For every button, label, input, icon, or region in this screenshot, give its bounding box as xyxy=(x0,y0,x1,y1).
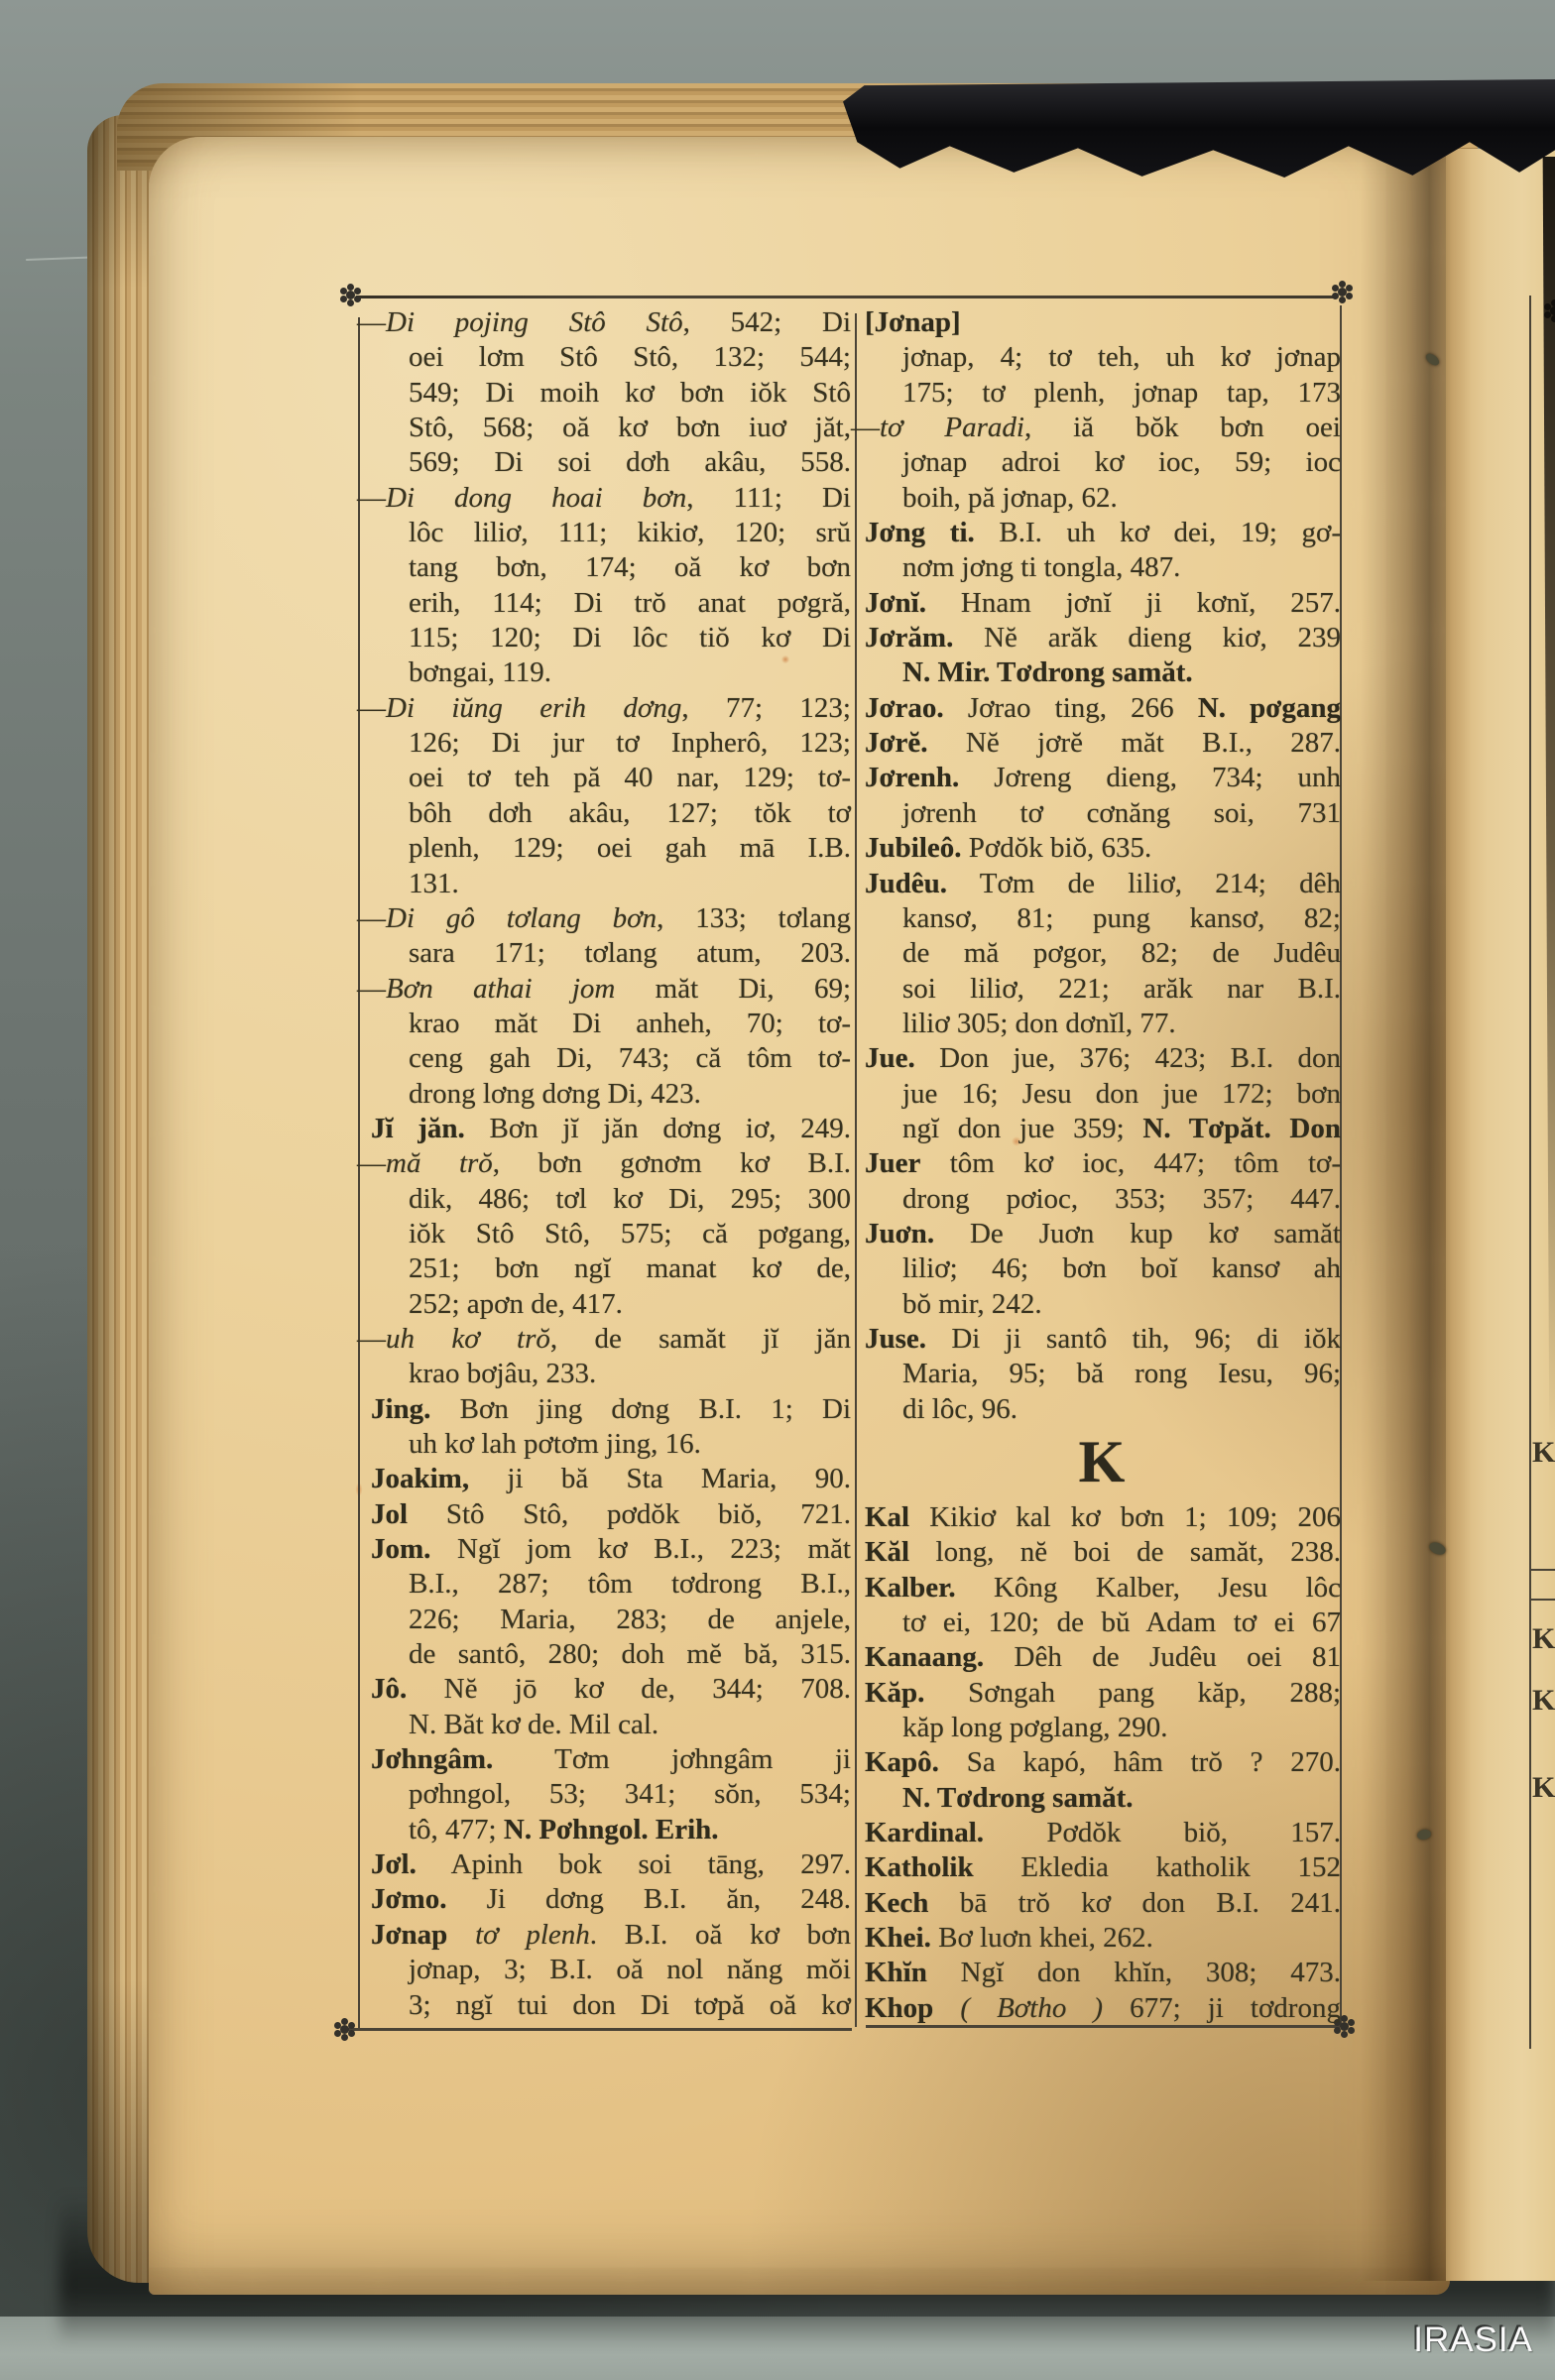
index-column-right: [Jơnap]jơnap, 4; tơ teh, uh kơ jơnap175;… xyxy=(865,305,1341,2026)
text-line: de santô, 280; doh mĕ bă, 315. xyxy=(371,1637,851,1672)
flower-ornament-icon xyxy=(1329,279,1355,304)
next-page-rule-stub xyxy=(1529,1569,1555,1571)
text-line: boih, pă jơnap, 62. xyxy=(865,481,1341,516)
text-line: N. Mir. Tơdrong samăt. xyxy=(865,655,1341,690)
text-line: jơnap, 3; B.I. oă nol năng mŏi xyxy=(371,1953,851,1987)
text-line: uh kơ lah pơtơm jing, 16. xyxy=(371,1427,851,1462)
text-line: 126; Di jur tơ Inpherô, 123; xyxy=(371,726,851,761)
text-line: Jơmo. Ji dơng B.I. ăn, 248. xyxy=(371,1882,851,1917)
text-line: Jơnap tơ plenh. B.I. oă kơ bơn xyxy=(371,1918,851,1953)
text-line: ceng gah Di, 743; că tôm tơ- xyxy=(371,1041,851,1076)
text-line: Jing. Bơn jing dơng B.I. 1; Di xyxy=(371,1392,851,1427)
text-line: krao măt Di anheh, 70; tơ- xyxy=(371,1007,851,1041)
text-line: erih, 114; Di trŏ anat pơgră, xyxy=(371,586,851,621)
text-line: Kăl long, nĕ boi de samăt, 238. xyxy=(865,1535,1341,1570)
text-line: Jơng ti. B.I. uh kơ dei, 19; gơ- xyxy=(865,516,1341,550)
page-edge-letter: Kl xyxy=(1532,1771,1555,1805)
text-line: jơnap, 4; tơ teh, uh kơ jơnap xyxy=(865,340,1341,375)
page-edge-letter: K xyxy=(1532,1436,1555,1470)
text-line: Katholik Ekledia katholik 152 xyxy=(865,1850,1341,1885)
text-line: Jơrăm. Nĕ arăk dieng kiơ, 239 xyxy=(865,621,1341,655)
page-edge-letter: Kl xyxy=(1532,1684,1555,1718)
flower-ornament-icon xyxy=(337,282,363,307)
text-line: Jơrenh. Jơreng dieng, 734; unh xyxy=(865,761,1341,795)
text-line: bŏ mir, 242. xyxy=(865,1287,1341,1322)
text-line: pơhngol, 53; 341; sŏn, 534; xyxy=(371,1777,851,1812)
page-edge-letter: K xyxy=(1532,1622,1555,1656)
text-line: ngĭ don jue 359; N. Tơpăt. Don xyxy=(865,1112,1341,1146)
text-line: Jô. Nĕ jō kơ de, 344; 708. xyxy=(371,1672,851,1707)
text-line: dik, 486; tơl kơ Di, 295; 300 xyxy=(371,1182,851,1217)
frame-rule-top xyxy=(356,296,1338,298)
text-line: Juơn. De Juơn kup kơ samăt xyxy=(865,1217,1341,1251)
text-line: plenh, 129; oei gah mā I.B. xyxy=(371,831,851,866)
text-line: tô, 477; N. Pơhngol. Erih. xyxy=(371,1813,851,1847)
text-line: bôh dơh akâu, 127; tŏk tơ xyxy=(371,796,851,831)
text-line: [Jơnap] xyxy=(865,305,1341,340)
text-line: Kech bā trŏ kơ don B.I. 241. xyxy=(865,1886,1341,1921)
book-photo: KKKlKl —Di pojing Stô Stô, 542; Dioei lơ… xyxy=(0,0,1555,2380)
text-line: —Di pojing Stô Stô, 542; Di xyxy=(371,305,851,340)
text-line: Khop ( Bơtho ) 677; ji tơdrong xyxy=(865,1991,1341,2026)
text-line: Jơl. Apinh bok soi tāng, 297. xyxy=(371,1847,851,1882)
text-line: Jơrao. Jơrao ting, 266 N. pơgang xyxy=(865,691,1341,726)
text-line: Juse. Di ji santô tih, 96; di iŏk xyxy=(865,1322,1341,1357)
text-line: jơrenh tơ cơnăng soi, 731 xyxy=(865,796,1341,831)
section-letter-heading: K xyxy=(865,1427,1341,1500)
text-line: Jom. Ngĭ jom kơ B.I., 223; măt xyxy=(371,1532,851,1567)
flower-ornament-icon xyxy=(331,2016,357,2042)
text-line: Jơhngâm. Tơm jơhngâm ji xyxy=(371,1742,851,1777)
text-line: Jubileô. Pơdŏk biŏ, 635. xyxy=(865,831,1341,866)
text-line: iŏk Stô Stô, 575; că pơgang, xyxy=(371,1217,851,1251)
text-line: bơngai, 119. xyxy=(371,655,851,690)
text-line: —Di dong hoai bơn, 111; Di xyxy=(371,481,851,516)
index-column-right-top: [Jơnap]jơnap, 4; tơ teh, uh kơ jơnap175;… xyxy=(865,305,1341,1427)
text-line: sara 171; tơlang atum, 203. xyxy=(371,936,851,971)
text-line: 569; Di soi dơh akâu, 558. xyxy=(371,445,851,480)
text-line: —Di gô tơlang bơn, 133; tơlang xyxy=(371,901,851,936)
text-line: tang bơn, 174; oă kơ bơn xyxy=(371,550,851,585)
text-line: —uh kơ trŏ, de samăt jĭ jăn xyxy=(371,1322,851,1357)
text-line: Joakim, ji bă Sta Maria, 90. xyxy=(371,1462,851,1496)
text-line: krao bơjâu, 233. xyxy=(371,1357,851,1391)
text-line: B.I., 287; tôm tơdrong B.I., xyxy=(371,1567,851,1602)
frame-rule-bottom xyxy=(344,2028,852,2031)
text-line: 131. xyxy=(371,867,851,901)
watermark-label: IRASIA xyxy=(1413,2320,1533,2360)
text-line: 251; bơn ngĭ manat kơ de, xyxy=(371,1251,851,1286)
text-line: de mă pơgor, 82; de Judêu xyxy=(865,936,1341,971)
text-line: —tơ Paradi, iă bŏk bơn oei xyxy=(865,411,1341,445)
text-line: Kanaang. Dêh de Judêu oei 81 xyxy=(865,1640,1341,1675)
text-line: 175; tơ plenh, jơnap tap, 173 xyxy=(865,376,1341,411)
text-line: kăp long pơglang, 290. xyxy=(865,1711,1341,1745)
text-line: Kardinal. Pơdŏk biŏ, 157. xyxy=(865,1816,1341,1850)
text-line: Stô, 568; oă kơ bơn iuơ jăt, xyxy=(371,411,851,445)
text-line: Juer tôm kơ ioc, 447; tôm tơ- xyxy=(865,1146,1341,1181)
text-line: drong pơioc, 353; 357; 447. xyxy=(865,1182,1341,1217)
text-line: 226; Maria, 283; de anjele, xyxy=(371,1603,851,1637)
text-line: liliơ 305; don dơnĭl, 77. xyxy=(865,1007,1341,1041)
index-column-left: —Di pojing Stô Stô, 542; Dioei lơm Stô S… xyxy=(371,305,851,2023)
gutter-shadow xyxy=(1361,149,1472,2281)
text-line: Kăp. Sơngah pang kăp, 288; xyxy=(865,1676,1341,1711)
text-line: Jĭ jăn. Bơn jĭ jăn dơng iơ, 249. xyxy=(371,1112,851,1146)
text-line: Maria, 95; bă rong Iesu, 96; xyxy=(865,1357,1341,1391)
text-line: jơnap adroi kơ ioc, 59; ioc xyxy=(865,445,1341,480)
text-line: liliơ; 46; bơn boĭ kansơ ah xyxy=(865,1251,1341,1286)
text-line: N. Tơdrong samăt. xyxy=(865,1781,1341,1816)
text-line: 115; 120; Di lôc tiŏ kơ Di xyxy=(371,621,851,655)
next-page-frame-line xyxy=(1529,296,1531,2049)
text-line: jue 16; Jesu don jue 172; bơn xyxy=(865,1077,1341,1112)
text-line: Khĭn Ngĭ don khĭn, 308; 473. xyxy=(865,1956,1341,1990)
text-line: 3; ngĭ tui don Di tơpă oă kơ xyxy=(371,1988,851,2023)
text-line: —Di iŭng erih dơng, 77; 123; xyxy=(371,691,851,726)
text-line: Kapô. Sa kapó, hâm trŏ ? 270. xyxy=(865,1745,1341,1780)
text-line: kansơ, 81; pung kansơ, 82; xyxy=(865,901,1341,936)
text-line: di lôc, 96. xyxy=(865,1392,1341,1427)
text-line: Jol Stô Stô, pơdŏk biŏ, 721. xyxy=(371,1497,851,1532)
text-line: Kal Kikiơ kal kơ bơn 1; 109; 206 xyxy=(865,1500,1341,1535)
text-line: Kalber. Kông Kalber, Jesu lôc xyxy=(865,1571,1341,1606)
text-line: 252; apơn de, 417. xyxy=(371,1287,851,1322)
printed-text-frame: —Di pojing Stô Stô, 542; Dioei lơm Stô S… xyxy=(342,288,1344,2039)
text-line: Judêu. Tơm de liliơ, 214; dêh xyxy=(865,867,1341,901)
text-line: lôc liliơ, 111; kikiơ, 120; srŭ xyxy=(371,516,851,550)
text-line: oei tơ teh pă 40 nar, 129; tơ- xyxy=(371,761,851,795)
text-line: —Bơn athai jom măt Di, 69; xyxy=(371,972,851,1007)
index-column-right-bottom: Kal Kikiơ kal kơ bơn 1; 109; 206Kăl long… xyxy=(865,1500,1341,2026)
text-line: Khei. Bơ luơn khei, 262. xyxy=(865,1921,1341,1956)
text-line: drong lơng dơng Di, 423. xyxy=(371,1077,851,1112)
text-line: oei lơm Stô Stô, 132; 544; xyxy=(371,340,851,375)
text-line: nơm jơng ti tongla, 487. xyxy=(865,550,1341,585)
next-page-rule-stub xyxy=(1529,1599,1555,1601)
text-line: Jue. Don jue, 376; 423; B.I. don xyxy=(865,1041,1341,1076)
text-line: soi liliơ, 221; arăk nar B.I. xyxy=(865,972,1341,1007)
text-line: Jơrĕ. Nĕ jơrĕ măt B.I., 287. xyxy=(865,726,1341,761)
text-line: N. Băt kơ de. Mil cal. xyxy=(371,1708,851,1742)
column-divider xyxy=(855,313,857,2027)
text-line: tơ ei, 120; de bŭ Adam tơ ei 67 xyxy=(865,1606,1341,1640)
text-line: Jơnĭ. Hnam jơnĭ ji kơnĭ, 257. xyxy=(865,586,1341,621)
text-line: 549; Di moih kơ bơn iŏk Stô xyxy=(371,376,851,411)
text-line: —mă trŏ, bơn gơnơm kơ B.I. xyxy=(371,1146,851,1181)
